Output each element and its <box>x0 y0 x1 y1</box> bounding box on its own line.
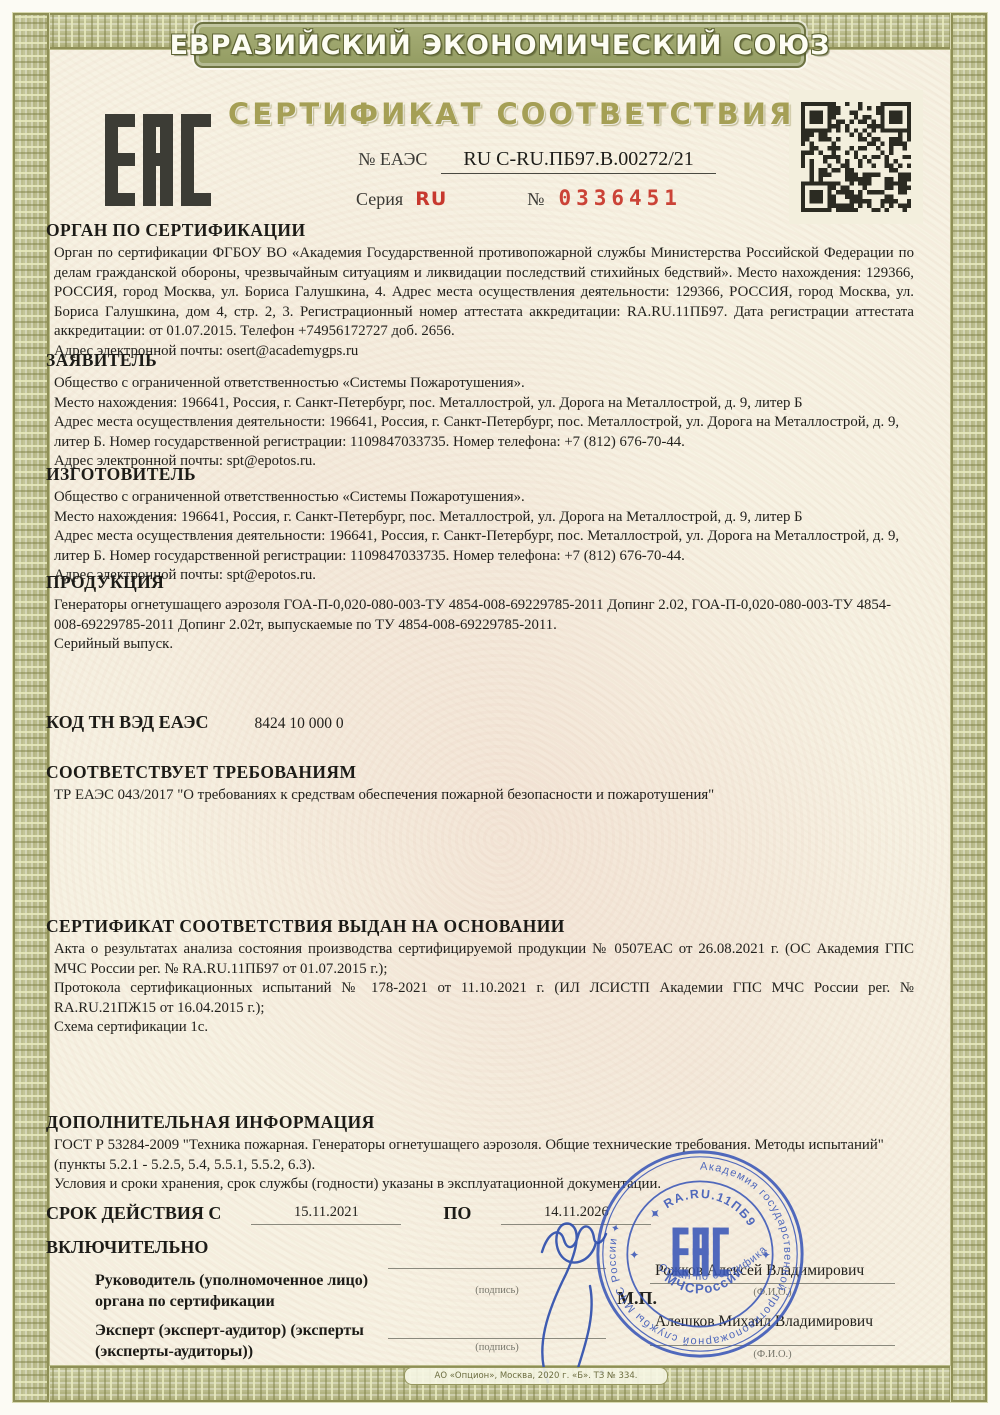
section-paragraph: Акта о результатах анализа состояния про… <box>46 940 914 979</box>
frame-border-left <box>13 13 49 1402</box>
certificate-page: ЕВРАЗИЙСКИЙ ЭКОНОМИЧЕСКИЙ СОЮЗ СЕРТИФИКА… <box>0 0 1000 1415</box>
section-heading: ИЗГОТОВИТЕЛЬ <box>46 464 914 485</box>
series-label: Серия <box>356 189 403 210</box>
section-heading: ПРОДУКЦИЯ <box>46 572 914 593</box>
section-heading: ДОПОЛНИТЕЛЬНАЯ ИНФОРМАЦИЯ <box>46 1112 914 1133</box>
tnved-code-value: 8424 10 000 0 <box>254 715 343 733</box>
expert-name-caption: (Ф.И.О.) <box>650 1349 895 1360</box>
validity-from-date: 15.11.2021 <box>251 1204 401 1225</box>
certificate-series-row: Серия RU № 0336451 <box>238 186 800 210</box>
certificate-number-row: № ЕАЭС RU C-RU.ПБ97.В.00272/21 <box>256 148 818 174</box>
printer-imprint-text: АО «Опцион», Москва, 2020 г. «Б». ТЗ № 3… <box>435 1371 638 1381</box>
certificate-header: СЕРТИФИКАТ СООТВЕТСТВИЯ № ЕАЭС RU C-RU.П… <box>228 97 790 210</box>
certificate-title: СЕРТИФИКАТ СООТВЕТСТВИЯ <box>228 97 790 131</box>
section-paragraph: Генераторы огнетушащего аэрозоля ГОА-П-0… <box>46 596 914 635</box>
frame-border-right <box>951 13 987 1402</box>
section-paragraph: Общество с ограниченной ответственностью… <box>46 374 914 394</box>
head-name-line <box>650 1283 895 1284</box>
validity-to-label: ПО <box>443 1203 471 1224</box>
section-heading: СЕРТИФИКАТ СООТВЕТСТВИЯ ВЫДАН НА ОСНОВАН… <box>46 916 914 937</box>
section-certification-body: ОРГАН ПО СЕРТИФИКАЦИИ Орган по сертифика… <box>46 220 914 362</box>
section-additional-info: ДОПОЛНИТЕЛЬНАЯ ИНФОРМАЦИЯ ГОСТ Р 53284-2… <box>46 1112 914 1195</box>
eaeu-banner-title: ЕВРАЗИЙСКИЙ ЭКОНОМИЧЕСКИЙ СОЮЗ <box>170 30 831 61</box>
section-manufacturer: ИЗГОТОВИТЕЛЬ Общество с ограниченной отв… <box>46 464 914 586</box>
section-product: ПРОДУКЦИЯ Генераторы огнетушащего аэрозо… <box>46 572 914 655</box>
section-issue-basis: СЕРТИФИКАТ СООТВЕТСТВИЯ ВЫДАН НА ОСНОВАН… <box>46 916 914 1038</box>
tnved-heading: КОД ТН ВЭД ЕАЭС <box>46 712 208 733</box>
validity-period: СРОК ДЕЙСТВИЯ С 15.11.2021 ПО 14.11.2026… <box>46 1203 666 1258</box>
section-paragraph: Условия и сроки хранения, срок службы (г… <box>46 1175 914 1195</box>
section-tnved-code: КОД ТН ВЭД ЕАЭС 8424 10 000 0 <box>46 712 344 733</box>
expert-signer-label: Эксперт (эксперт-аудитор) (эксперты (экс… <box>95 1320 400 1362</box>
expert-name-line <box>650 1345 895 1346</box>
serial-number-label: № <box>527 189 544 210</box>
section-heading: ОРГАН ПО СЕРТИФИКАЦИИ <box>46 220 914 241</box>
section-paragraph: Место нахождения: 196641, Россия, г. Сан… <box>46 394 914 414</box>
serial-number-value: 0336451 <box>558 186 682 210</box>
section-paragraph: Серийный выпуск. <box>46 635 914 655</box>
section-paragraph: Схема сертификации 1с. <box>46 1018 914 1038</box>
section-paragraph: Адрес места осуществления деятельности: … <box>46 413 914 452</box>
eaeu-banner: ЕВРАЗИЙСКИЙ ЭКОНОМИЧЕСКИЙ СОЮЗ <box>194 22 806 68</box>
certificate-number-label: № ЕАЭС <box>358 149 427 170</box>
section-paragraph: ТР ЕАЭС 043/2017 "О требованиях к средст… <box>46 786 914 806</box>
section-applicant: ЗАЯВИТЕЛЬ Общество с ограниченной ответс… <box>46 350 914 472</box>
section-paragraph: Адрес места осуществления деятельности: … <box>46 527 914 566</box>
series-value: RU <box>415 188 447 210</box>
eac-mark-icon <box>103 112 215 212</box>
certificate-number-value: RU C-RU.ПБ97.В.00272/21 <box>441 148 715 174</box>
head-name-caption: (Ф.И.О.) <box>650 1287 895 1298</box>
section-paragraph: Общество с ограниченной ответственностью… <box>46 488 914 508</box>
head-signer-name: Рожков Алексей Владимирович <box>655 1262 864 1280</box>
validity-from-label: СРОК ДЕЙСТВИЯ С <box>46 1203 221 1224</box>
section-heading: СООТВЕТСТВУЕТ ТРЕБОВАНИЯМ <box>46 762 914 783</box>
section-paragraph: Протокола сертификационных испытаний № 1… <box>46 979 914 1018</box>
printer-imprint: АО «Опцион», Москва, 2020 г. «Б». ТЗ № 3… <box>404 1367 668 1385</box>
section-conformity-requirements: СООТВЕТСТВУЕТ ТРЕБОВАНИЯМ ТР ЕАЭС 043/20… <box>46 762 914 806</box>
head-signature-line <box>388 1268 606 1269</box>
section-paragraph: Орган по сертификации ФГБОУ ВО «Академия… <box>46 244 914 342</box>
validity-to-date: 14.11.2026 <box>501 1204 651 1225</box>
head-signer-label: Руководитель (уполномоченное лицо) орган… <box>95 1270 400 1312</box>
section-paragraph: ГОСТ Р 53284-2009 "Техника пожарная. Ген… <box>46 1136 914 1175</box>
validity-inclusive-label: ВКЛЮЧИТЕЛЬНО <box>46 1237 666 1258</box>
expert-signature-line <box>388 1338 606 1339</box>
section-heading: ЗАЯВИТЕЛЬ <box>46 350 914 371</box>
head-signature-caption: (подпись) <box>388 1285 606 1296</box>
section-paragraph: Место нахождения: 196641, Россия, г. Сан… <box>46 508 914 528</box>
expert-signature-caption: (подпись) <box>388 1342 606 1353</box>
expert-signer-name: Алешков Михаил Владимирович <box>655 1313 873 1331</box>
